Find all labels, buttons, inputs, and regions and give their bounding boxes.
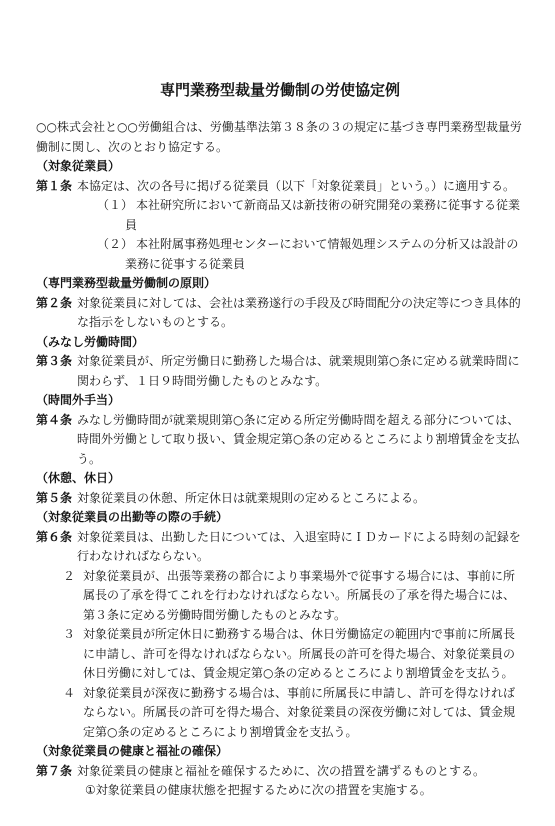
article-1-label: 第１条 [36, 177, 77, 197]
article-6-paragraph-2-text: 対象従業員が、出張等業務の都合により事業場外で従事する場合には、事前に所属長の了… [83, 567, 524, 626]
article-6-paragraph-4-number: ４ [63, 684, 83, 704]
article-2-label: 第２条 [36, 294, 77, 314]
article-3: 第３条 対象従業員が、所定労働日に勤務した場合は、就業規則第○条に定める就業時間… [36, 352, 524, 391]
section-7-heading: （対象従業員の健康と福祉の確保） [36, 742, 524, 762]
list-item-2-text: 本社附属事務処理センターにおいて情報処理システムの分析又は設計の業務に従事する従… [125, 237, 518, 271]
article-6-label: 第６条 [36, 528, 77, 548]
list-item-1: （１）本社研究所において新商品又は新技術の研究開発の業務に従事する従業員 [36, 196, 524, 235]
article-6-paragraph-2-number: ２ [63, 567, 83, 587]
article-6-paragraph-3-text: 対象従業員が所定休日に勤務する場合は、休日労働協定の範囲内で事前に所属長に申請し… [83, 625, 524, 684]
section-1-heading: （対象従業員） [36, 157, 524, 177]
article-6-text: 対象従業員は、出勤した日については、入退室時にＩＤカードによる時刻の記録を行わな… [77, 528, 524, 567]
document-page: 専門業務型裁量労働制の労使協定例 ○○株式会社と○○労働組合は、労働基準法第３８… [0, 0, 555, 826]
article-1: 第１条 本協定は、次の各号に掲げる従業員（以下「対象従業員」という。）に適用する… [36, 177, 524, 197]
article-3-text: 対象従業員が、所定労働日に勤務した場合は、就業規則第○条に定める就業時間に関わら… [77, 352, 524, 391]
article-6: 第６条 対象従業員は、出勤した日については、入退室時にＩＤカードによる時刻の記録… [36, 528, 524, 567]
article-7-label: 第７条 [36, 762, 77, 782]
article-7-circled-item-1-text: 対象従業員の健康状態を把握するために次の措置を実施する。 [96, 783, 432, 797]
article-7-circled-item-1-marker: ① [85, 783, 96, 797]
article-6-paragraph-2: ２ 対象従業員が、出張等業務の都合により事業場外で従事する場合には、事前に所属長… [36, 567, 524, 626]
list-item-1-label: （１） [97, 198, 133, 212]
article-4-label: 第４条 [36, 411, 77, 431]
article-7-circled-item-1: ①対象従業員の健康状態を把握するために次の措置を実施する。 [36, 781, 524, 801]
section-6-heading: （対象従業員の出勤等の際の手続） [36, 508, 524, 528]
section-5-heading: （休憩、休日） [36, 469, 524, 489]
article-4-text: みなし労働時間が就業規則第○条に定める所定労働時間を超える部分については、時間外… [77, 411, 524, 470]
article-5-label: 第５条 [36, 489, 77, 509]
section-4-heading: （時間外手当） [36, 391, 524, 411]
article-2-text: 対象従業員に対しては、会社は業務遂行の手段及び時間配分の決定等につき具体的な指示… [77, 294, 524, 333]
article-6-paragraph-4: ４ 対象従業員が深夜に勤務する場合は、事前に所属長に申請し、許可を得なければなら… [36, 684, 524, 743]
article-1-text: 本協定は、次の各号に掲げる従業員（以下「対象従業員」という。）に適用する。 [77, 177, 524, 197]
article-7: 第７条 対象従業員の健康と福祉を確保するために、次の措置を講ずるものとする。 [36, 762, 524, 782]
article-6-paragraph-3: ３ 対象従業員が所定休日に勤務する場合は、休日労働協定の範囲内で事前に所属長に申… [36, 625, 524, 684]
section-3-heading: （みなし労働時間） [36, 333, 524, 353]
list-item-1-text: 本社研究所において新商品又は新技術の研究開発の業務に従事する従業員 [125, 198, 520, 232]
section-2-heading: （専門業務型裁量労働制の原則） [36, 274, 524, 294]
article-4: 第４条 みなし労働時間が就業規則第○条に定める所定労働時間を超える部分については… [36, 411, 524, 470]
preamble-paragraph: ○○株式会社と○○労働組合は、労働基準法第３８条の３の規定に基づき専門業務型裁量… [36, 118, 524, 157]
article-2: 第２条 対象従業員に対しては、会社は業務遂行の手段及び時間配分の決定等につき具体… [36, 294, 524, 333]
article-3-label: 第３条 [36, 352, 77, 372]
list-item-2-label: （２） [97, 237, 133, 251]
article-6-paragraph-4-text: 対象従業員が深夜に勤務する場合は、事前に所属長に申請し、許可を得なければならない… [83, 684, 524, 743]
article-7-text: 対象従業員の健康と福祉を確保するために、次の措置を講ずるものとする。 [77, 762, 524, 782]
article-5: 第５条 対象従業員の休憩、所定休日は就業規則の定めるところによる。 [36, 489, 524, 509]
article-6-paragraph-3-number: ３ [63, 625, 83, 645]
document-title: 専門業務型裁量労働制の労使協定例 [36, 80, 524, 101]
article-5-text: 対象従業員の休憩、所定休日は就業規則の定めるところによる。 [77, 489, 524, 509]
list-item-2: （２）本社附属事務処理センターにおいて情報処理システムの分析又は設計の業務に従事… [36, 235, 524, 274]
